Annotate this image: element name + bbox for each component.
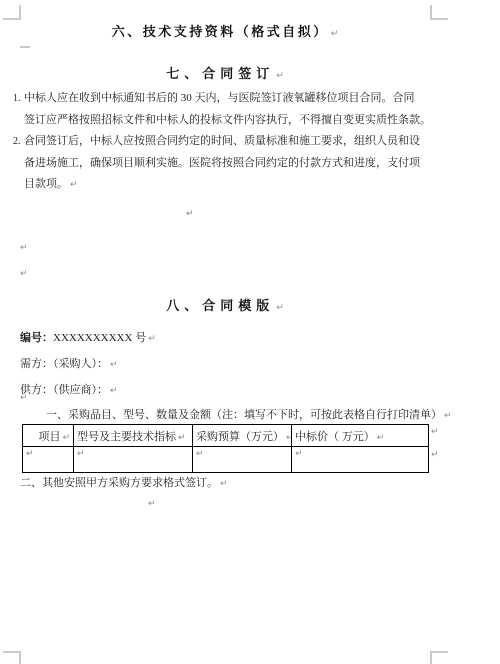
crop-mark-top-right: [430, 5, 448, 20]
paragraph-mark: ↵: [220, 479, 228, 489]
buyer-line: 需方：（采购人）：↵: [20, 355, 118, 371]
margin-dash: [20, 46, 30, 48]
clause-2-line-3: 目款项。↵: [24, 174, 438, 197]
header-cell-model-specs: 型号及主要技术指标↵: [74, 425, 193, 447]
goods-table-header-row: 项目↵ 型号及主要技术指标↵ 采购预算（万元）↵ 中标价（ 万元）↵: [23, 425, 429, 447]
paragraph-mark: ↵: [431, 450, 439, 460]
crop-mark-bottom-left: [3, 651, 21, 664]
contract-number-value: XXXXXXXXXX 号: [53, 332, 146, 344]
section-one-title: 一、采购品目、型号、数量及金额（注：填写不下时，可按此表格自行打印清单）↵: [46, 406, 452, 422]
clause-2-number: 2.: [13, 131, 24, 197]
paragraph-mark: ↵: [70, 180, 78, 190]
paragraph-mark: ↵: [20, 243, 28, 253]
paragraph-mark: ↵: [295, 449, 303, 459]
paragraph-mark: ↵: [20, 269, 28, 279]
header-cell-budget: 采购预算（万元）↵: [193, 425, 292, 447]
paragraph-mark: ↵: [444, 411, 452, 421]
paragraph-mark: ↵: [178, 433, 186, 443]
document-page: 六、技术支持资料（格式自拟）↵ 七、合同签订↵ 1. 中标人应在收到中标通知书后…: [0, 0, 500, 664]
section-6-heading: 六、技术支持资料（格式自拟）↵: [19, 21, 431, 40]
section-8-heading: 八、合同模版↵: [19, 295, 431, 314]
supplier-line: 供方：（供应商）：↵: [20, 381, 118, 397]
paragraph-mark: ↵: [276, 303, 284, 313]
paragraph-mark: ↵: [377, 433, 385, 443]
section-7-heading: 七、合同签订↵: [19, 63, 431, 82]
empty-cell-item: ↵: [23, 447, 74, 473]
paragraph-mark: ↵: [148, 334, 156, 344]
paragraph-mark: ↵: [110, 360, 118, 370]
paragraph-mark: ↵: [20, 393, 28, 403]
empty-cell-model-specs: ↵: [74, 447, 193, 473]
clause-2-line-1: 合同签订后，中标人应按照合同约定的时间、质量标准和施工要求，组织人员和设: [24, 131, 438, 153]
paragraph-mark: ↵: [186, 209, 194, 219]
clause-2: 2. 合同签订后，中标人应按照合同约定的时间、质量标准和施工要求，组织人员和设 …: [13, 131, 438, 197]
empty-cell-budget: ↵: [193, 447, 292, 473]
section-7-heading-text: 七、合同签订: [166, 66, 274, 81]
paragraph-mark: ↵: [331, 29, 339, 39]
crop-mark-top-left: [3, 5, 21, 20]
header-cell-winning-price: 中标价（ 万元）↵: [292, 425, 429, 447]
contract-number-line: 编号：XXXXXXXXXX 号↵: [20, 329, 156, 345]
empty-cell-winning-price: ↵: [292, 447, 429, 473]
paragraph-mark: ↵: [286, 433, 292, 443]
paragraph-mark: ↵: [431, 427, 439, 437]
section-8-heading-text: 八、合同模版: [166, 298, 274, 313]
paragraph-mark: ↵: [110, 386, 118, 396]
section-two-title: 二、其他安照甲方采购方要求格式签订。↵: [20, 474, 228, 490]
header-cell-item: 项目↵: [23, 425, 74, 447]
paragraph-mark: ↵: [196, 449, 204, 459]
section-6-heading-text: 六、技术支持资料（格式自拟）: [112, 24, 329, 39]
goods-table: 项目↵ 型号及主要技术指标↵ 采购预算（万元）↵ 中标价（ 万元）↵ ↵ ↵ ↵…: [22, 424, 429, 473]
goods-table-empty-row: ↵ ↵ ↵ ↵: [23, 447, 429, 473]
clause-2-line-2: 备进场施工，确保项目顺利实施。医院将按照合同约定的付款方式和进度，支付项: [24, 153, 438, 175]
paragraph-mark: ↵: [62, 433, 70, 443]
paragraph-mark: ↵: [26, 449, 34, 459]
clause-1-line-1: 中标人应在收到中标通知书后的 30 天内，与医院签订液氧罐移位项目合同。合同: [24, 88, 438, 110]
paragraph-mark: ↵: [77, 449, 85, 459]
paragraph-mark: ↵: [148, 499, 156, 509]
crop-mark-bottom-right: [430, 651, 448, 664]
paragraph-mark: ↵: [276, 71, 284, 81]
contract-number-label: 编号：: [20, 332, 53, 344]
